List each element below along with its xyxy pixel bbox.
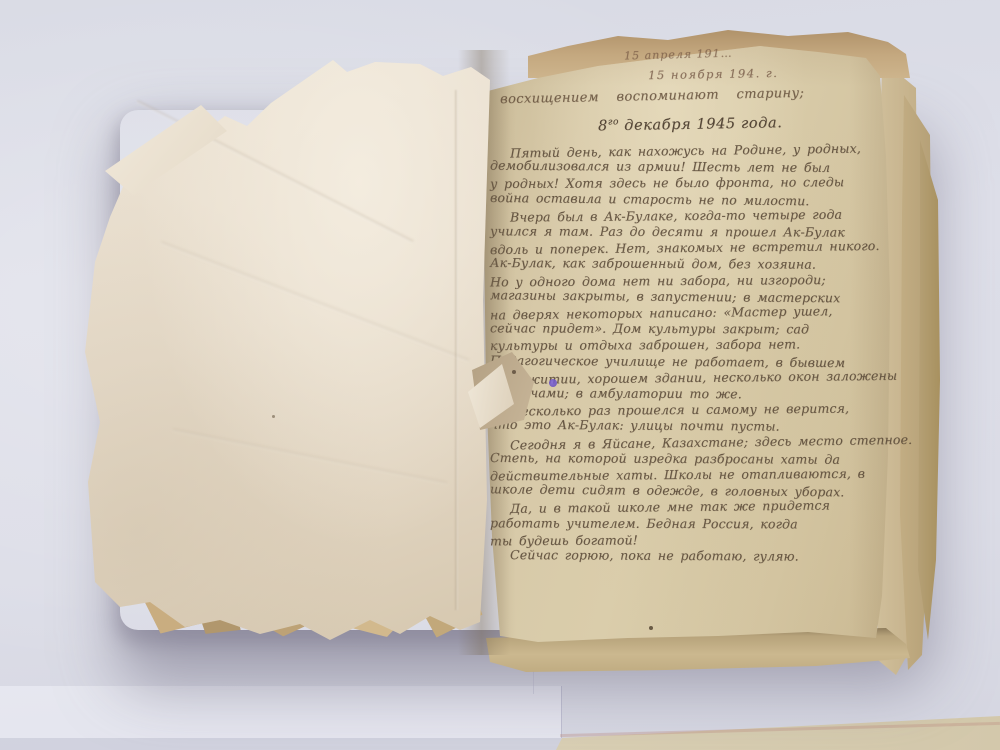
background-sheet-edge [0, 686, 562, 738]
faded-header-line: 15 ноября 194. г. [648, 66, 779, 82]
photo-of-open-notebook: 15 апреля 191… 15 ноября 194. г. восхище… [0, 0, 1000, 750]
manuscript-text: 15 апреля 191… 15 ноября 194. г. восхище… [478, 36, 900, 666]
date-line: 8го декабря 1945 года. [598, 114, 783, 134]
paper-speck [649, 626, 653, 630]
manuscript-line: Сейчас горюю, пока не работаю, гуляю. [490, 547, 888, 565]
violet-ink-dot [549, 379, 557, 387]
paper-speck [272, 415, 275, 418]
epigraph-line: восхищением воспоминают старину; [500, 86, 804, 107]
manuscript-line: Ак-Булак, как заброшенный дом, без хозяи… [490, 255, 888, 273]
faded-header-line: 15 апреля 191… [624, 47, 733, 63]
manuscript-body: Пятый день, как нахожусь на Родине, у ро… [490, 143, 888, 564]
date-day: 8 [598, 118, 608, 134]
background-seam-line [561, 686, 562, 738]
manuscript-line: культуры и отдыха заброшен, забора нет. [490, 336, 888, 354]
page-stack-edge [918, 140, 940, 640]
date-superscript: го [608, 117, 619, 127]
manuscript-line: работать учителем. Бедная Россия, когда [490, 515, 888, 533]
paper-speck [512, 370, 516, 374]
date-rest: декабря 1945 года. [619, 115, 783, 134]
